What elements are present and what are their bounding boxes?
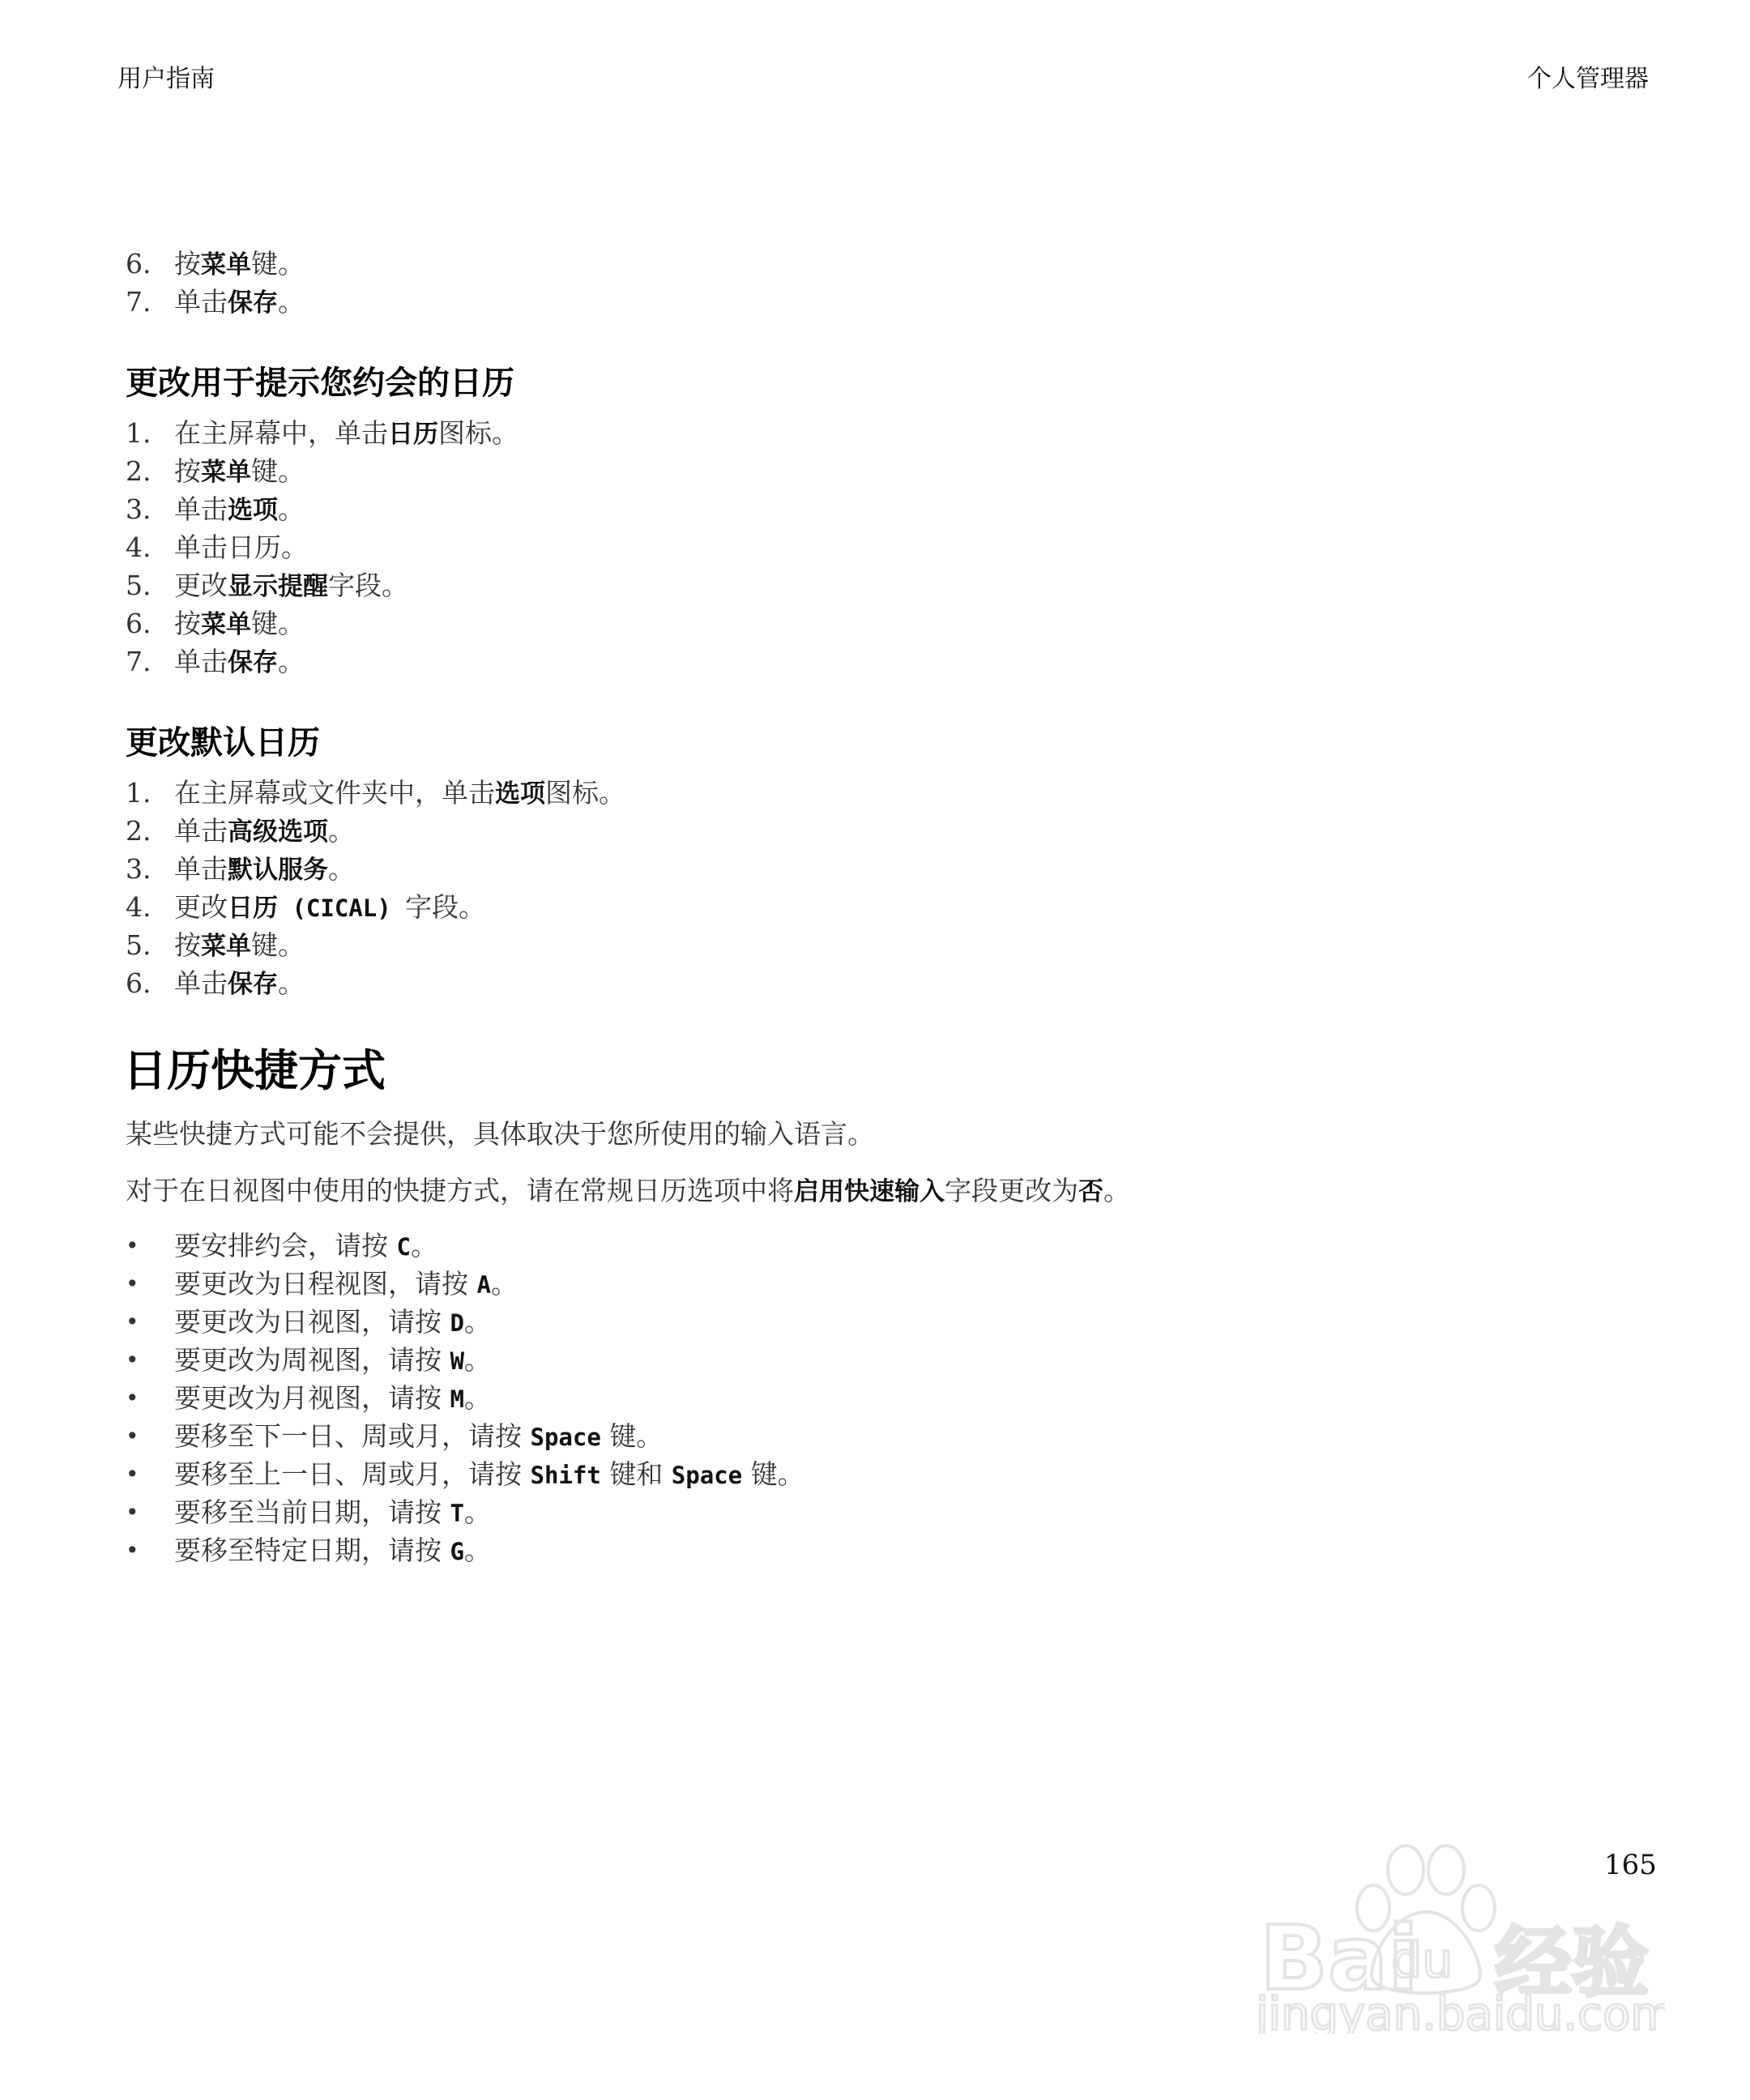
step-number: 2. — [126, 812, 174, 850]
item-text: 按菜单键。 — [174, 245, 305, 284]
text-run: 键。 — [251, 248, 305, 280]
ui-term: 菜单 — [201, 610, 251, 639]
text-run: 。 — [328, 853, 355, 885]
ui-term: 显示提醒 — [228, 572, 328, 601]
text-run: 要安排约会，请按 — [174, 1230, 397, 1261]
item-text: 要移至特定日期，请按 G。 — [174, 1531, 491, 1571]
ui-term: 选项 — [228, 496, 278, 525]
item-text: 要更改为月视图，请按 M。 — [174, 1379, 491, 1419]
item-text: 按菜单键。 — [174, 926, 305, 966]
text-run: 。 — [491, 1268, 518, 1300]
item-text: 更改显示提醒字段。 — [174, 566, 408, 606]
text-run: 。 — [464, 1382, 491, 1414]
step-number: 6. — [126, 604, 174, 642]
step-number: 4. — [126, 528, 174, 566]
step-number: 5. — [126, 926, 174, 964]
text-run: 按 — [174, 455, 201, 487]
text-run: 单击 — [174, 815, 228, 847]
text-run: 键和 — [601, 1458, 672, 1490]
ui-term: 保存 — [228, 288, 278, 318]
key-name: W — [450, 1347, 464, 1375]
step-number: 1. — [126, 774, 174, 812]
section-title-reminder-calendar: 更改用于提示您约会的日历 — [126, 363, 514, 403]
item-text: 单击日历。 — [174, 528, 308, 566]
text-run: 对于在日视图中使用的快捷方式，请在常规日历选项中将 — [126, 1175, 794, 1206]
text-run: 。 — [278, 646, 305, 677]
item-text: 要更改为周视图，请按 W。 — [174, 1341, 491, 1381]
ui-term: 高级选项 — [228, 817, 328, 847]
bullet-marker: • — [126, 1493, 174, 1531]
text-run: 键。 — [742, 1458, 805, 1490]
running-header-left: 用户指南 — [117, 58, 215, 94]
text-run: 单击 — [174, 646, 228, 677]
step-number: 1. — [126, 414, 174, 452]
ui-term: 默认服务 — [228, 856, 328, 885]
text-run: 图标。 — [545, 777, 625, 809]
key-name: Shift — [531, 1462, 601, 1489]
item-text: 单击高级选项。 — [174, 812, 355, 852]
text-run: 单击 — [174, 493, 228, 525]
item-text: 单击保存。 — [174, 964, 305, 1004]
text-run: 在主屏幕中，单击 — [174, 417, 388, 449]
item-text: 要安排约会，请按 C。 — [174, 1227, 437, 1266]
text-run: 在主屏幕或文件夹中，单击 — [174, 777, 495, 809]
key-name: Space — [531, 1423, 601, 1451]
item-text: 单击默认服务。 — [174, 850, 355, 890]
bullet-marker: • — [126, 1455, 174, 1493]
step-number: 3. — [126, 490, 174, 528]
text-run: 。 — [1103, 1175, 1130, 1206]
text-run: 键。 — [601, 1420, 664, 1452]
item-text: 要更改为日程视图，请按 A。 — [174, 1265, 518, 1304]
text-run: 更改 — [174, 891, 228, 923]
item-text: 在主屏幕或文件夹中，单击选项图标。 — [174, 774, 625, 813]
text-run: 。 — [411, 1230, 437, 1261]
text-run: 。 — [464, 1496, 491, 1528]
ui-term: 菜单 — [201, 932, 251, 961]
ui-term: 选项 — [495, 779, 545, 809]
text-run: 单击 — [174, 967, 228, 999]
ui-term: 菜单 — [201, 458, 251, 487]
text-run: 键。 — [251, 929, 305, 961]
text-run: 字段更改为 — [945, 1175, 1078, 1206]
item-text: 单击选项。 — [174, 490, 305, 530]
shortcuts-note: 对于在日视图中使用的快捷方式，请在常规日历选项中将启用快速输入字段更改为否。 — [126, 1172, 1130, 1211]
item-text: 要移至下一日、周或月，请按 Space 键。 — [174, 1417, 663, 1457]
text-run: 要移至上一日、周或月，请按 — [174, 1458, 531, 1490]
item-text: 要移至当前日期，请按 T。 — [174, 1493, 491, 1533]
text-run: 要更改为周视图，请按 — [174, 1344, 450, 1376]
key-name: T — [450, 1500, 464, 1527]
text-run: 按 — [174, 929, 201, 961]
key-name: (CICAL) — [278, 894, 405, 922]
text-run: 字段。 — [328, 570, 408, 601]
text-run: 更改 — [174, 570, 228, 601]
item-text: 在主屏幕中，单击日历图标。 — [174, 414, 519, 454]
ui-term: 日历 — [228, 894, 278, 923]
text-run: 要移至下一日、周或月，请按 — [174, 1420, 531, 1452]
section-title-default-calendar: 更改默认日历 — [126, 723, 320, 763]
text-run: 。 — [278, 967, 305, 999]
running-header-right: 个人管理器 — [1527, 58, 1649, 94]
step-number: 5. — [126, 566, 174, 604]
watermark-url: jingyan.baidu.com — [1254, 1988, 1665, 2034]
step-number: 4. — [126, 888, 174, 926]
baidu-jingyan-watermark: Bai du 经验 jingyan.baidu.com — [1252, 1831, 1665, 2034]
text-run: 单击 — [174, 853, 228, 885]
bullet-marker: • — [126, 1303, 174, 1341]
item-text: 要移至上一日、周或月，请按 Shift 键和 Space 键。 — [174, 1455, 805, 1495]
ui-term: 菜单 — [201, 250, 251, 280]
item-text: 按菜单键。 — [174, 452, 305, 492]
text-run: 。 — [464, 1534, 491, 1566]
text-run: 要更改为月视图，请按 — [174, 1382, 450, 1414]
text-run: 单击 — [174, 286, 228, 318]
text-run: 。 — [328, 815, 355, 847]
bullet-marker: • — [126, 1417, 174, 1455]
text-run: 要更改为日程视图，请按 — [174, 1268, 477, 1300]
key-name: C — [397, 1233, 411, 1261]
item-text: 单击保存。 — [174, 283, 305, 322]
text-run: 键。 — [251, 455, 305, 487]
ui-term: 保存 — [228, 648, 278, 677]
text-run: 要移至特定日期，请按 — [174, 1534, 450, 1566]
item-text: 单击保存。 — [174, 642, 305, 682]
item-text: 按菜单键。 — [174, 604, 305, 644]
bullet-marker: • — [126, 1227, 174, 1265]
bullet-marker: • — [126, 1531, 174, 1569]
step-number: 3. — [126, 850, 174, 888]
key-name: M — [450, 1385, 464, 1413]
text-run: 按 — [174, 248, 201, 280]
text-run: 要更改为日视图，请按 — [174, 1306, 450, 1338]
step-number: 6. — [126, 964, 174, 1002]
key-name: A — [477, 1271, 491, 1299]
text-run: 单击日历。 — [174, 531, 308, 563]
ui-term: 启用快速输入 — [794, 1177, 945, 1206]
bullet-marker: • — [126, 1379, 174, 1417]
text-run: 要移至当前日期，请按 — [174, 1496, 450, 1528]
text-run: 。 — [278, 493, 305, 525]
text-run: 图标。 — [438, 417, 519, 449]
text-run: 。 — [278, 286, 305, 318]
item-text: 要更改为日视图，请按 D。 — [174, 1303, 491, 1342]
text-run: 按 — [174, 608, 201, 639]
bullet-marker: • — [126, 1265, 174, 1303]
step-number: 7. — [126, 283, 174, 321]
key-name: Space — [672, 1462, 742, 1489]
step-number: 2. — [126, 452, 174, 490]
key-name: G — [450, 1538, 464, 1565]
ui-term: 否 — [1078, 1177, 1103, 1206]
bullet-marker: • — [126, 1341, 174, 1379]
shortcuts-intro: 某些快捷方式可能不会提供，具体取决于您所使用的输入语言。 — [126, 1115, 874, 1153]
section-title-calendar-shortcuts: 日历快捷方式 — [123, 1045, 386, 1097]
text-run: 键。 — [251, 608, 305, 639]
text-run: 。 — [464, 1306, 491, 1338]
page-number: 165 — [1604, 1849, 1657, 1881]
text-run: 。 — [464, 1344, 491, 1376]
step-number: 6. — [126, 245, 174, 283]
text-run: 字段。 — [405, 891, 485, 923]
key-name: D — [450, 1309, 464, 1337]
item-text: 更改日历 (CICAL) 字段。 — [174, 888, 485, 928]
ui-term: 保存 — [228, 970, 278, 999]
watermark-paw-text: du — [1391, 1932, 1453, 1989]
step-number: 7. — [126, 642, 174, 681]
ui-term: 日历 — [388, 420, 438, 449]
